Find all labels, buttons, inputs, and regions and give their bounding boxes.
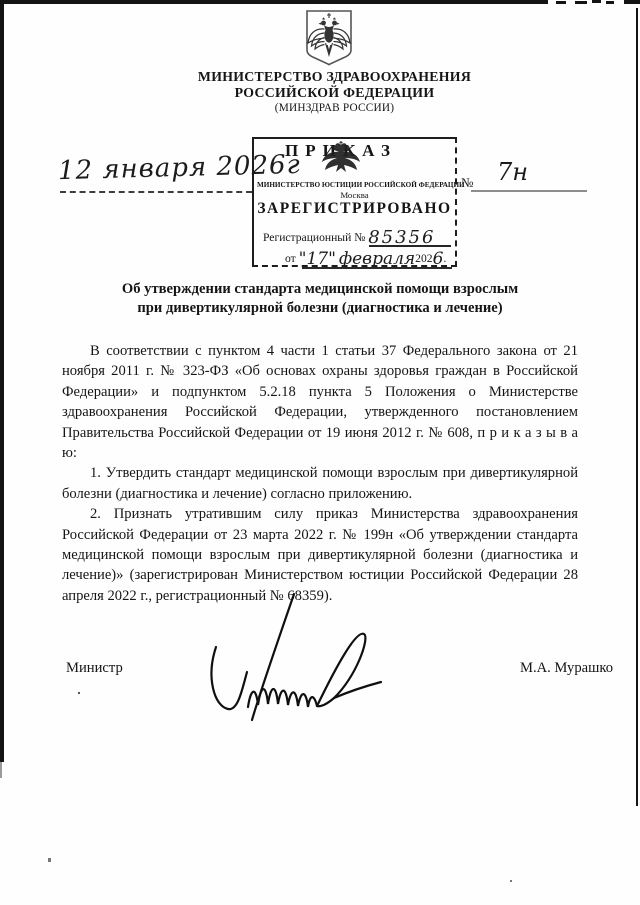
stamp-registration-number-line: Регистрационный № 85356	[263, 225, 435, 246]
scan-edge-top-dash	[624, 0, 640, 4]
scanned-order-document: МИНИСТЕРСТВО ЗДРАВООХРАНЕНИЯ РОССИЙСКОЙ …	[0, 0, 640, 905]
order-number-underline	[471, 190, 587, 192]
scan-speck	[510, 880, 512, 882]
scan-edge-left	[0, 0, 4, 762]
stamp-date-prefix: от	[285, 252, 296, 265]
stamp-authority-line: МИНИСТЕРСТВО ЮСТИЦИИ РОССИЙСКОЙ ФЕДЕРАЦИ…	[257, 180, 452, 189]
preamble-paragraph: В соответствии с пунктом 4 части 1 стать…	[62, 341, 578, 463]
issuing-authority-header: МИНИСТЕРСТВО ЗДРАВООХРАНЕНИЯ РОССИЙСКОЙ …	[62, 69, 607, 115]
handwritten-order-number: 7н	[497, 158, 528, 186]
scan-edge-left-fade	[0, 762, 2, 778]
handwritten-stamp-day: "17"	[299, 249, 336, 269]
minister-signature-autograph	[198, 592, 388, 742]
scan-edge-right	[636, 8, 638, 806]
order-title: Об утверждении стандарта медицинской пом…	[62, 280, 578, 318]
authority-short-name: (МИНЗДРАВ РОССИИ)	[62, 101, 607, 115]
scan-edge-top-dash	[592, 0, 601, 3]
stamp-date-period: .	[443, 252, 446, 265]
stamp-eagle-icon	[320, 141, 362, 181]
scan-edge-top	[0, 0, 548, 4]
authority-name-line1: МИНИСТЕРСТВО ЗДРАВООХРАНЕНИЯ	[62, 69, 607, 85]
signer-position: Министр	[66, 660, 123, 677]
stamp-city: Москва	[254, 190, 455, 200]
handwritten-stamp-year-digit: 6	[433, 249, 444, 269]
scan-speck	[78, 692, 80, 694]
stamp-year-printed: 202	[415, 252, 432, 265]
clause-1-paragraph: 1. Утвердить стандарт медицинской помощи…	[62, 463, 578, 504]
registration-date-underline	[302, 267, 452, 269]
scan-edge-top-dash	[606, 1, 614, 4]
scan-edge-top-dash	[556, 1, 566, 4]
authority-name-line2: РОССИЙСКОЙ ФЕДЕРАЦИИ	[62, 85, 607, 101]
scan-speck	[48, 858, 51, 862]
handwritten-issue-date: 12 января 2026г	[58, 150, 301, 186]
stamp-registration-date-line: от "17" февраля2026.	[285, 247, 446, 267]
stamp-registered-label: ЗАРЕГИСТРИРОВАНО	[254, 200, 455, 218]
issue-date-underline	[60, 191, 252, 193]
signer-name: М.А. Мурашко	[483, 660, 613, 677]
order-body: В соответствии с пунктом 4 части 1 стать…	[62, 341, 578, 606]
stamp-reg-label: Регистрационный №	[263, 231, 365, 244]
handwritten-stamp-month: февраля	[339, 249, 415, 269]
order-title-line2: при дивертикулярной болезни (диагностика…	[62, 299, 578, 318]
scan-edge-top-dash	[575, 1, 587, 4]
order-title-line1: Об утверждении стандарта медицинской пом…	[62, 280, 578, 299]
clause-2-paragraph: 2. Признать утратившим силу приказ Минис…	[62, 504, 578, 606]
russia-coat-of-arms-icon	[303, 9, 355, 67]
